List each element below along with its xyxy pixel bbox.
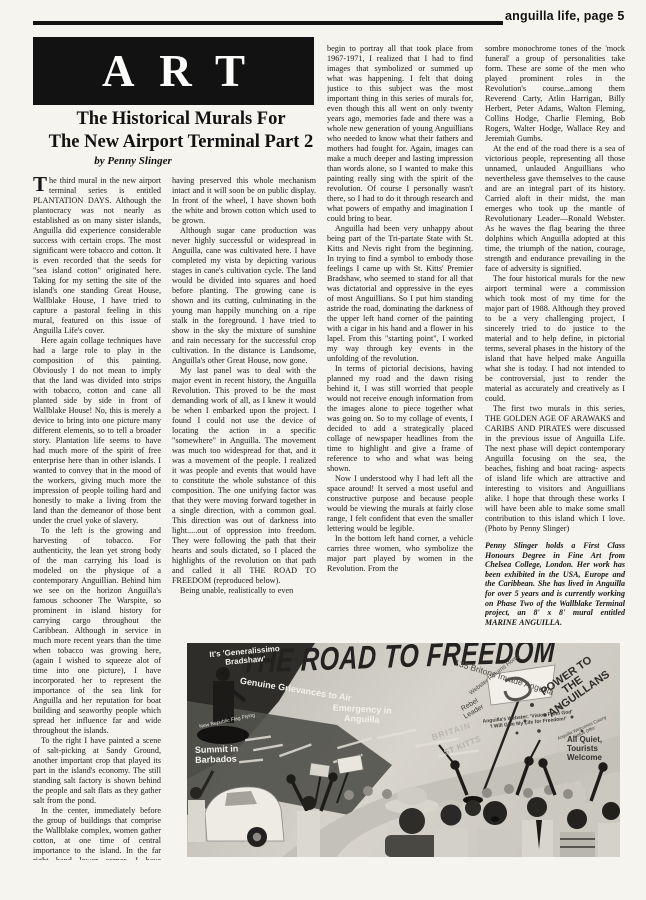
paragraph: Anguilla had been very unhappy about bei…	[327, 224, 473, 364]
paragraph: In the bottom left hand corner, a vehicl…	[327, 534, 473, 574]
article-column-2: having preserved this whole mechanism in…	[172, 176, 316, 643]
article-column-4: sombre monochrome tones of the 'mock fun…	[485, 44, 625, 690]
section-title: ART	[77, 49, 269, 94]
mural-photo: THE ROAD TO FREEDOM It's 'Generalissimo …	[187, 643, 620, 857]
article-column-1: The third mural in the new airport termi…	[33, 176, 161, 860]
mural-headline-summit: Summit in Barbados	[195, 743, 254, 765]
section-banner: ART	[33, 37, 314, 105]
paragraph: begin to portray all that took place fro…	[327, 44, 473, 224]
paragraph: To the left is the growing and harvestin…	[33, 526, 161, 736]
paragraph-text: he third mural in the new airport termin…	[33, 176, 161, 335]
article-headline: The Historical Murals For The New Airpor…	[30, 108, 332, 154]
paragraph: Now I understood why I had left all the …	[327, 474, 473, 534]
headline-line-2: The New Airport Terminal Part 2	[30, 131, 332, 154]
paragraph: Although sugar cane production was never…	[172, 226, 316, 366]
headline-line-1: The Historical Murals For	[30, 108, 332, 131]
article-column-3: begin to portray all that took place fro…	[327, 44, 473, 643]
paragraph: Here again collage techniques have had a…	[33, 336, 161, 526]
paragraph: At the end of the road there is a sea of…	[485, 144, 625, 274]
drop-cap: T	[33, 176, 49, 193]
author-bio: Penny Slinger holds a First Class Honour…	[485, 541, 625, 627]
page-header-label: anguilla life, page 5	[505, 9, 635, 23]
paragraph: The third mural in the new airport termi…	[33, 176, 161, 336]
paragraph: sombre monochrome tones of the 'mock fun…	[485, 44, 625, 144]
paragraph: Being unable, realistically to even	[172, 586, 316, 596]
paragraph: The four historical murals for the new a…	[485, 274, 625, 404]
mural-headline-all-quiet: All Quiet, Tourists Welcome	[567, 735, 619, 762]
paragraph: In terms of pictorial decisions, having …	[327, 364, 473, 474]
paragraph: My last panel was to deal with the major…	[172, 366, 316, 586]
header-rule	[33, 21, 503, 25]
paragraph: To the right I have painted a scene of s…	[33, 736, 161, 806]
paragraph: The first two murals in this series, THE…	[485, 404, 625, 534]
magazine-page: anguilla life, page 5 ART The Historical…	[0, 0, 646, 900]
paragraph: having preserved this whole mechanism in…	[172, 176, 316, 226]
paragraph: In the center, immediately before the gr…	[33, 806, 161, 860]
byline: by Penny Slinger	[33, 155, 233, 167]
